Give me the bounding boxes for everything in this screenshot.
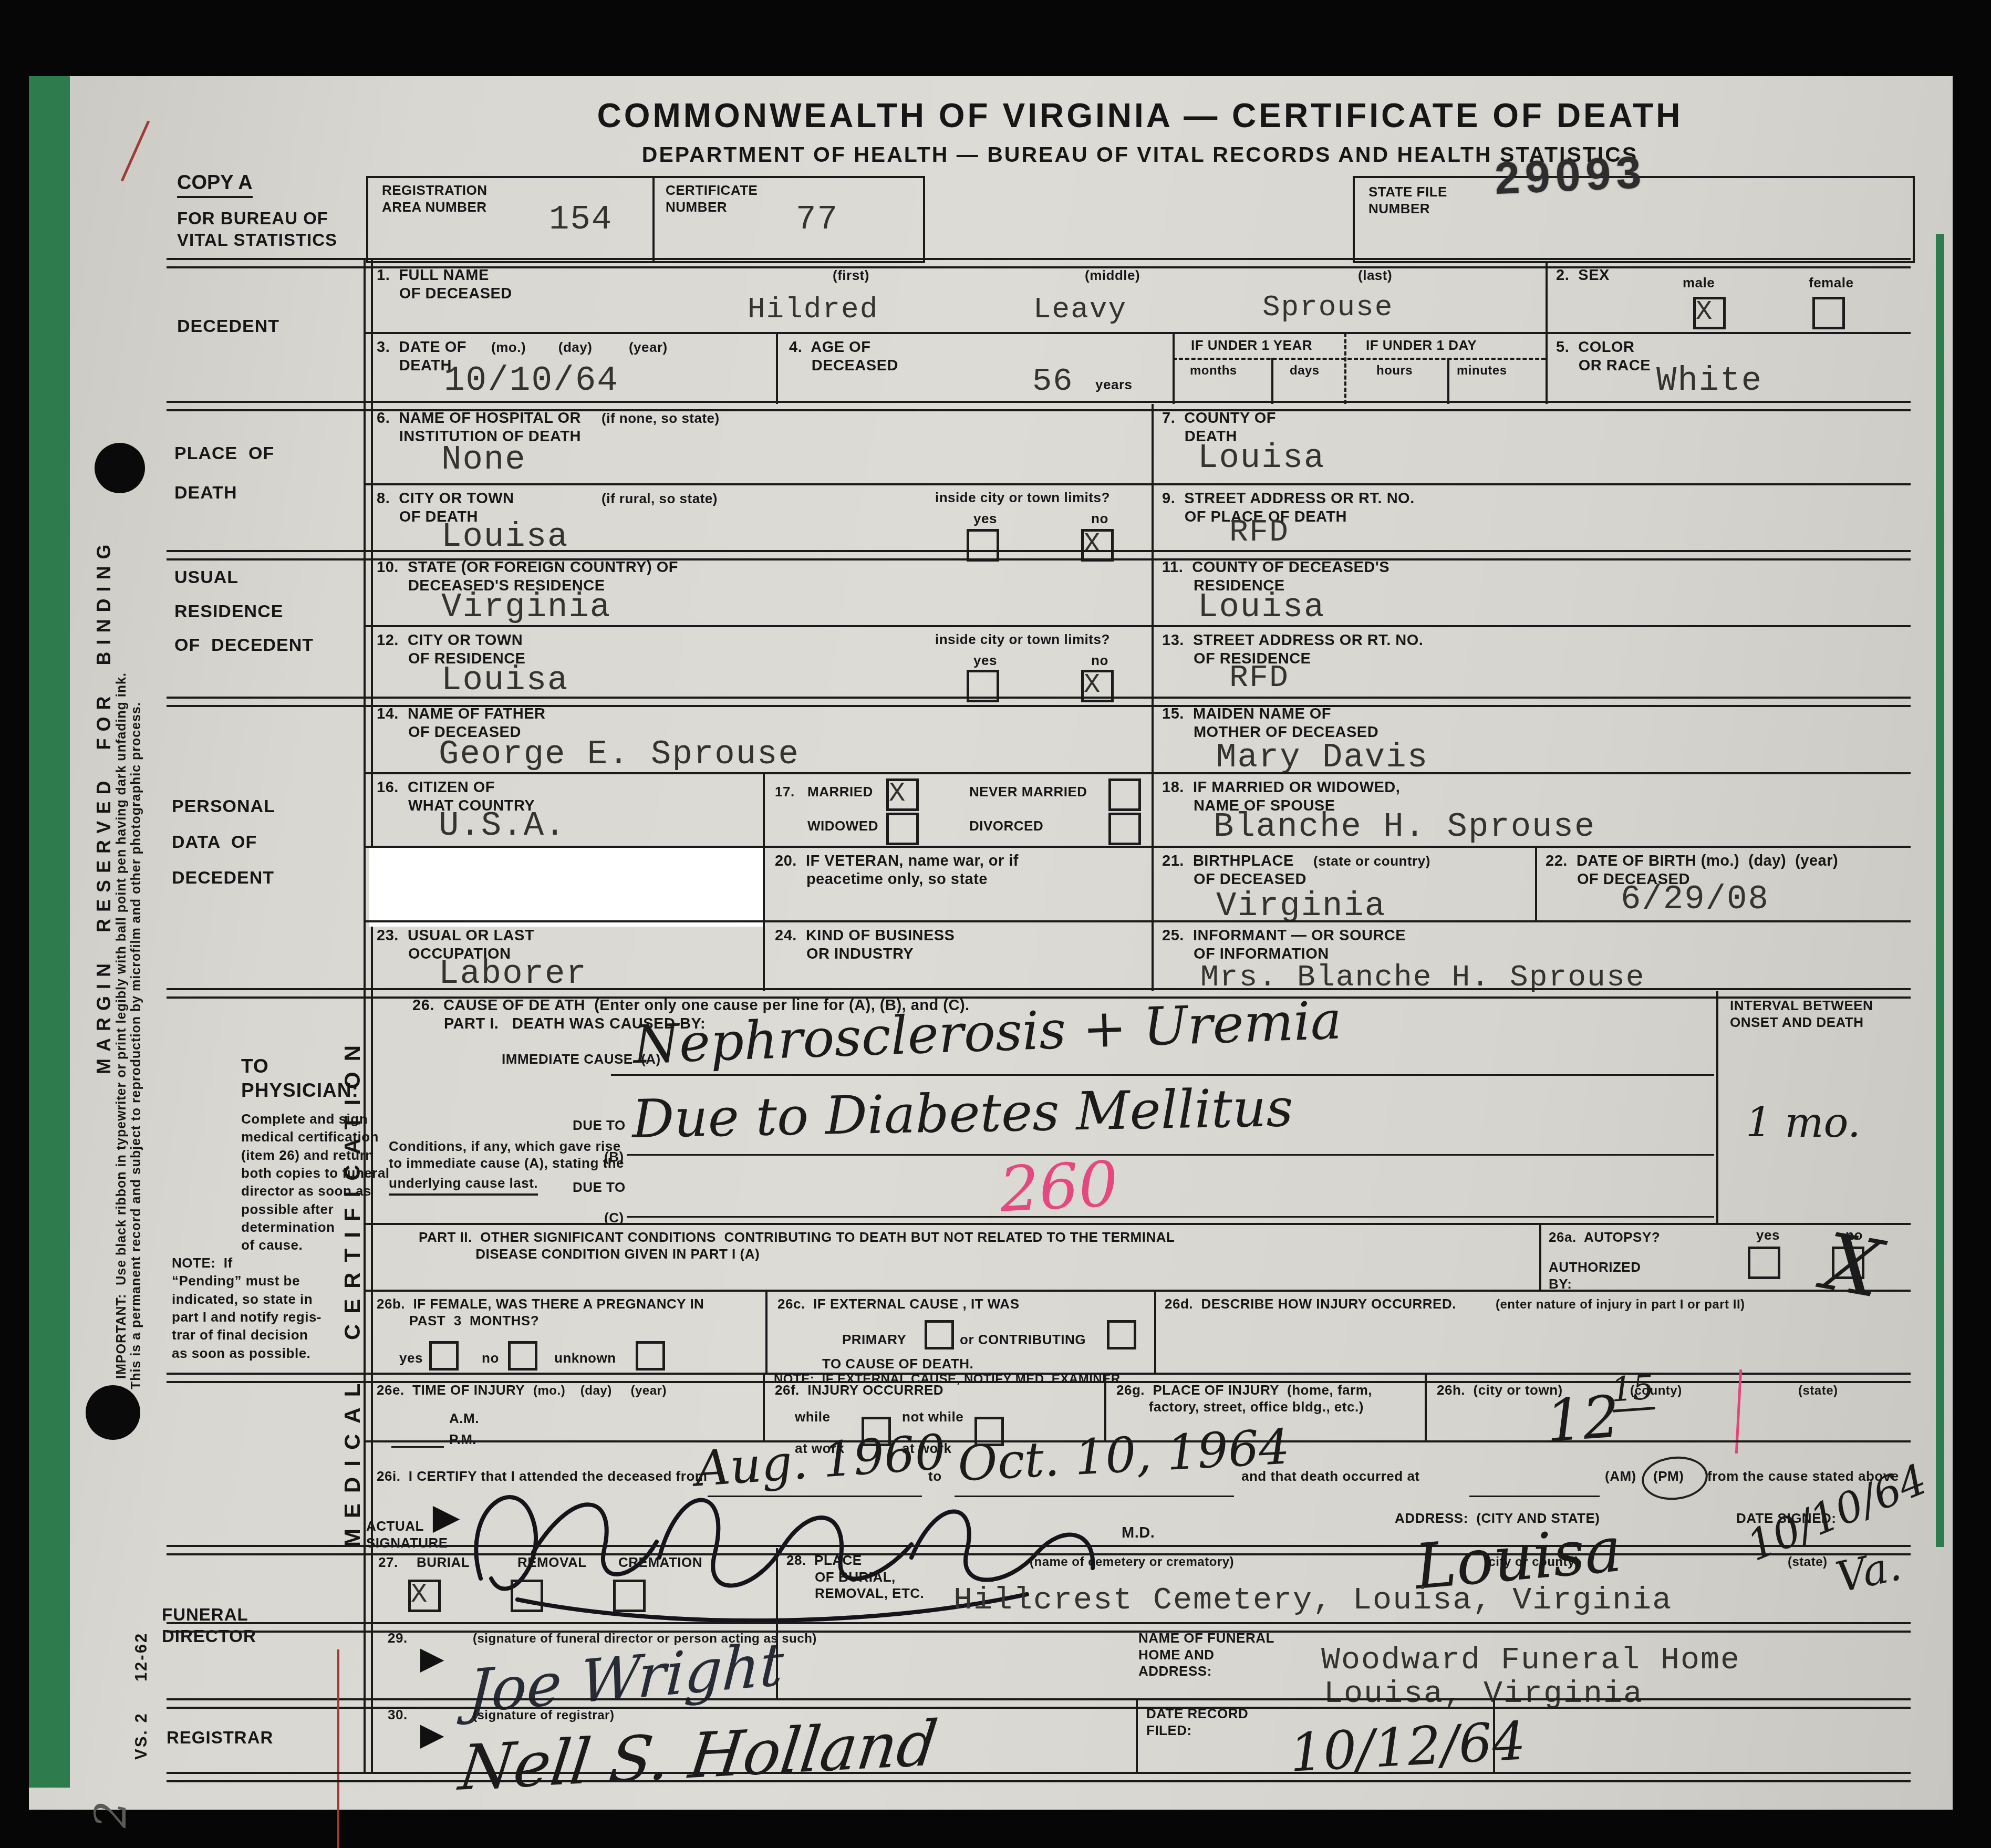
rule [1447,358,1449,404]
rule [611,1074,1714,1076]
city-residence-value: Louisa [441,662,568,700]
last-name-value: Sprouse [1262,290,1393,324]
26c-contributing-label: or CONTRIBUTING [960,1332,1086,1348]
registration-area-value: 154 [549,201,613,239]
rule [1173,358,1546,360]
field28-sub2: (city or county) [1484,1554,1579,1570]
26b-yes-checkbox [429,1341,459,1371]
field4-label: 4. AGE OF DECEASED [789,338,898,376]
state-file-label: STATE FILE NUMBER [1368,184,1447,217]
interval-b-handwriting: 1 mo. [1746,1099,1861,1147]
rule [1546,261,1548,333]
divorced-checkbox [1108,813,1141,845]
side-label-to-physician: TO PHYSICIAN: [241,1054,359,1103]
field5-label: 5. COLOR OR RACE [1556,338,1651,376]
death-time-minute-handwriting: 15 [1610,1368,1655,1412]
field26e-label: 26e. TIME OF INJURY [377,1382,525,1399]
field1-first-sublabel: (first) [833,267,869,284]
rule [627,1216,1714,1218]
street-residence-value: RFD [1229,660,1289,696]
rule [1152,847,1154,921]
rule [167,1545,1911,1555]
minutes-label: minutes [1457,363,1507,378]
margin-permanent-text: This is a permanent record and subject t… [129,702,144,1389]
hours-label: hours [1376,363,1413,378]
rule [1152,921,1154,991]
scanned-death-certificate: MARGIN RESERVED FOR BINDING IMPORTANT: U… [0,0,1991,1848]
autopsy-yes-checkbox [1748,1247,1780,1279]
rule [763,847,765,921]
26e-sublabels: (mo.) (day) (year) [533,1383,667,1398]
date-record-filed-label: DATE RECORD FILED: [1146,1706,1248,1739]
rule [763,773,765,847]
rule [1136,1700,1138,1774]
cause-b-handwriting: Due to Diabetes Mellitus [631,1077,1293,1150]
copy-for-label: FOR BUREAU OF VITAL STATISTICS [177,207,337,251]
burial-label: BURIAL [417,1554,470,1571]
autopsy-yes-label: yes [1756,1227,1780,1244]
side-label-funeral-director: FUNERAL DIRECTOR [162,1604,256,1647]
green-right-edge [1936,234,1944,1547]
rule [1425,1375,1427,1441]
conditions-note-underlined: underlying cause last. [389,1175,538,1196]
autopsy-no-handwritten-x: X [1817,1216,1888,1316]
days-label: days [1290,363,1320,378]
registrar-arrow-icon: ► [412,1715,452,1755]
field26a-label: 26a. AUTOPSY? [1549,1229,1660,1246]
widowed-checkbox [886,813,919,845]
rule [776,333,778,404]
rule [627,1154,1714,1156]
field26b-label: 26b. IF FEMALE, WAS THERE A PREGNANCY IN… [377,1296,704,1329]
rule [364,920,1911,922]
father-name-value: George E. Sprouse [439,736,800,774]
redacted-area [369,848,764,927]
field3-sublabels: (mo.) (day) (year) [491,339,668,356]
race-value: White [1656,362,1762,400]
rule [1154,1290,1156,1375]
red-pen-mark-top [121,120,150,181]
age-value: 56 [1032,362,1073,400]
field25-label: 25. INFORMANT — OR SOURCE OF INFORMATION [1162,927,1406,964]
registration-area-label: REGISTRATION AREA NUMBER [382,182,488,215]
26b-yes-label: yes [399,1350,423,1367]
26c-primary-label: PRIMARY [842,1332,906,1348]
rule [1173,333,1175,404]
26b-unknown-checkbox [636,1341,665,1371]
field26c-label: 26c. IF EXTERNAL CAUSE , IT WAS [777,1296,1020,1313]
field26d-label: 26d. DESCRIBE HOW INJURY OCCURRED. [1165,1296,1456,1313]
spouse-name-value: Blanche H. Sprouse [1214,808,1595,846]
field20-label: 20. IF VETERAN, name war, or if peacetim… [775,852,1019,889]
green-binding-strip [29,76,70,1788]
side-label-decedent: DECEDENT [177,315,279,338]
side-label-personal-data: PERSONAL DATA OF DECEDENT [172,797,275,887]
under-1-year-label: IF UNDER 1 YEAR [1191,337,1312,354]
hospital-value: None [441,441,526,479]
rule [167,1772,1911,1782]
due-to-c-label: DUE TO [573,1179,626,1196]
never-married-label: NEVER MARRIED [969,784,1087,801]
field6-sublabel: (if none, so state) [602,410,720,427]
rule [1344,333,1346,404]
field21-sublabel: (state or country) [1313,853,1430,870]
26b-unknown-label: unknown [554,1350,616,1367]
certificate-paper: MARGIN RESERVED FOR BINDING IMPORTANT: U… [29,76,1953,1810]
funeral-home-name-value: Woodward Funeral Home [1321,1643,1740,1678]
field1-last-sublabel: (last) [1358,267,1392,284]
interval-label: INTERVAL BETWEEN ONSET AND DEATH [1730,998,1873,1031]
limits1-no-label: no [1091,511,1108,527]
funeral-director-arrow-icon: ► [412,1639,452,1679]
rule [1535,847,1537,921]
side-label-usual-residence: USUAL RESIDENCE OF DECEDENT [174,569,314,653]
field30-number: 30. [388,1707,408,1724]
26c-contributing-checkbox [1107,1320,1136,1349]
26d-sublabel: (enter nature of injury in part I or par… [1496,1297,1745,1312]
field28-label: 28. PLACE OF BURIAL, REMOVAL, ETC. [786,1552,924,1602]
cremation-checkbox [613,1580,646,1612]
state-file-number-stamp: 29093 [1494,147,1647,205]
certificate-subtitle: DEPARTMENT OF HEALTH — BUREAU OF VITAL R… [365,142,1915,167]
limits1-yes-label: yes [973,511,997,527]
field28-sub3: (state) [1788,1554,1828,1570]
form-code: VS. 2 12-62 [132,1632,151,1760]
rule [364,1290,1911,1292]
limits2-yes-label: yes [973,652,997,669]
due-to-b-label: DUE TO [573,1117,626,1134]
rule [765,1290,768,1375]
26b-no-checkbox [508,1341,537,1371]
margin-important-text: IMPORTANT: Use black ribbon in typewrite… [114,672,129,1379]
rule [1152,404,1154,484]
rule [1152,553,1154,626]
cremation-label: CREMATION [618,1554,702,1571]
field26f-label: 26f. INJURY OCCURRED [775,1382,943,1399]
street-of-death-value: RFD [1229,515,1289,551]
field13-label: 13. STREET ADDRESS OR RT. NO. OF RESIDEN… [1162,631,1423,669]
part2-label: PART II. OTHER SIGNIFICANT CONDITIONS CO… [419,1229,1175,1262]
rule [1152,484,1154,553]
to-physician-note: Complete and sign medical certification … [241,1110,390,1254]
date-of-birth-value: 6/29/08 [1621,881,1769,919]
rule [1271,358,1273,404]
age-unit-label: years [1095,377,1132,393]
rule [1152,700,1154,773]
removal-checkbox [511,1580,543,1612]
rule [167,1698,1911,1709]
26h-state-sublabel: (state) [1798,1383,1838,1398]
certificate-title: COMMONWEALTH OF VIRGINIA — CERTIFICATE O… [365,96,1915,135]
field27-number: 27. [378,1554,398,1571]
divorced-label: DIVORCED [969,818,1043,835]
first-name-value: Hildred [748,293,878,326]
26c-primary-checkbox [925,1320,954,1349]
limits2-question: inside city or town limits? [935,631,1110,648]
burial-checkbox: X [408,1580,441,1612]
rule [1152,626,1154,700]
rule [364,625,1911,627]
field17-number: 17. [775,784,795,801]
citizen-value: U.S.A. [439,807,566,845]
county-residence-value: Louisa [1198,589,1325,627]
state-residence-value: Virginia [441,589,611,627]
field1-middle-sublabel: (middle) [1085,267,1140,284]
sex-female-label: female [1809,275,1853,292]
rule [1469,1496,1600,1497]
field1-label: 1. FULL NAME OF DECEASED [377,266,512,304]
side-label-registrar: REGISTRAR [167,1727,273,1748]
field8-sublabel: (if rural, so state) [602,491,718,507]
field21-label: 21. BIRTHPLACE OF DECEASED [1162,852,1306,889]
rule [167,1622,1911,1633]
certificate-number-value: 77 [796,201,838,239]
date-of-death-value: 10/10/64 [444,361,619,400]
rule [364,483,1911,485]
never-married-checkbox [1108,778,1141,811]
sex-female-checkbox [1812,297,1845,329]
conditions-note: Conditions, if any, which gave rise to i… [389,1138,624,1171]
sex-male-checkbox: X [1693,297,1726,329]
limits2-no-label: no [1091,652,1108,669]
months-label: months [1190,363,1237,378]
cause-code-pink: 260 [998,1147,1120,1226]
rule [364,1223,1911,1225]
rule [1493,1700,1495,1774]
margin-binding-text: MARGIN RESERVED FOR BINDING [93,538,115,1074]
mother-name-value: Mary Davis [1216,739,1428,777]
married-checkbox: X [886,778,919,811]
field24-label: 24. KIND OF BUSINESS OR INDUSTRY [775,927,955,964]
rule [776,1624,778,1700]
rule [763,921,765,991]
under-1-day-label: IF UNDER 1 DAY [1366,337,1477,354]
side-label-place-of-death: PLACE OF DEATH [174,444,274,503]
rule [1716,991,1718,1224]
rule [364,772,1911,774]
punch-hole-bottom [86,1385,140,1440]
certify-am-label: (AM) [1605,1468,1636,1485]
sex-male-label: male [1683,275,1715,292]
rule [391,1446,444,1448]
rule [776,1548,778,1624]
certificate-number-label: CERTIFICATE NUMBER [666,182,758,215]
field15-label: 15. MAIDEN NAME OF MOTHER OF DECEASED [1162,705,1378,742]
field2-label: 2. SEX [1556,266,1610,285]
pending-note: NOTE: If “Pending” must be indicated, so… [172,1254,322,1362]
field29-number: 29. [388,1630,408,1647]
rule [1152,773,1154,847]
rule [1539,1223,1541,1291]
punch-hole-top [95,443,145,493]
county-of-death-value: Louisa [1198,440,1325,477]
widowed-label: WIDOWED [807,818,878,835]
removal-label: REMOVAL [517,1554,587,1571]
26b-no-label: no [482,1350,499,1367]
pm-circle-mark [1640,1454,1710,1503]
death-time-hour-handwriting: 12 [1544,1383,1622,1455]
md-label: M.D. [1122,1524,1155,1542]
field28-sub1: (name of cemetery or crematory) [1030,1554,1234,1570]
funeral-home-label: NAME OF FUNERAL HOME AND ADDRESS: [1138,1630,1274,1680]
pencil-mark: 2 [87,1801,137,1828]
red-pen-line [337,1649,339,1848]
middle-name-value: Leavy [1033,293,1127,326]
rule [1546,333,1548,404]
26c-tail-label: TO CAUSE OF DEATH. [822,1356,973,1373]
married-label: MARRIED [807,784,873,801]
field30-sublabel: (signature of registrar) [473,1708,614,1723]
place-of-burial-value: Hillcrest Cemetery, Louisa, Virginia [953,1583,1672,1618]
field26g-label: 26g. PLACE OF INJURY (home, farm, factor… [1116,1382,1372,1415]
authorized-by-label: AUTHORIZED BY: [1549,1259,1641,1292]
copy-label: COPY A [177,172,253,198]
rule [364,332,1911,334]
filebox-divider [652,176,655,261]
limits1-question: inside city or town limits? [935,490,1110,506]
